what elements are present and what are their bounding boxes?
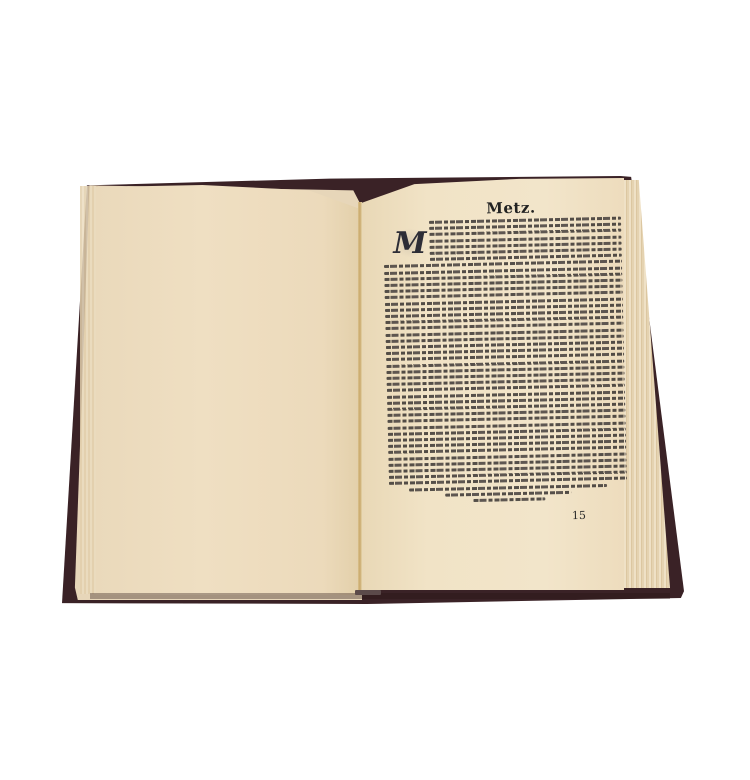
book-gutter (358, 202, 362, 592)
page-number: 15 (572, 509, 586, 522)
text-line (445, 491, 571, 497)
photo-stage: Metz. M 15 (0, 0, 750, 780)
left-page-blank (96, 185, 362, 595)
right-page-stack (622, 180, 670, 588)
page-heading: Metz. (476, 198, 546, 217)
spine-bottom (355, 590, 381, 595)
text-line (473, 497, 545, 502)
left-page-edges (80, 186, 98, 594)
body-text-block (383, 217, 632, 514)
drop-cap: M (396, 227, 424, 259)
text-line (409, 484, 607, 491)
